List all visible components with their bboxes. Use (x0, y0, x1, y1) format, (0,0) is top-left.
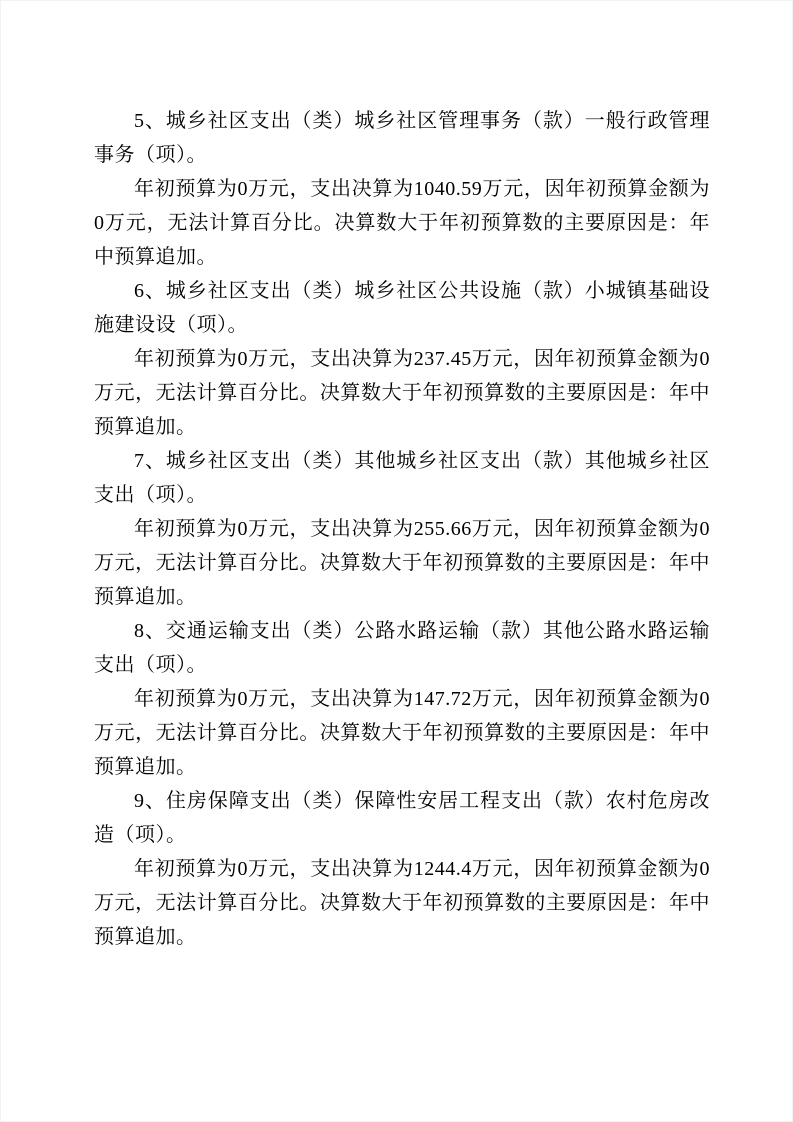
section-7-heading: 7、城乡社区支出（类）其他城乡社区支出（款）其他城乡社区支出（项）。 (94, 444, 710, 512)
document-page: 5、城乡社区支出（类）城乡社区管理事务（款）一般行政管理事务（项）。 年初预算为… (0, 0, 793, 1122)
section-9-heading: 9、住房保障支出（类）保障性安居工程支出（款）农村危房改造（项）。 (94, 784, 710, 852)
section-8-heading: 8、交通运输支出（类）公路水路运输（款）其他公路水路运输支出（项）。 (94, 614, 710, 682)
section-7-body: 年初预算为0万元，支出决算为255.66万元，因年初预算金额为0万元，无法计算百… (94, 512, 710, 614)
section-9-body: 年初预算为0万元，支出决算为1244.4万元，因年初预算金额为0万元，无法计算百… (94, 852, 710, 954)
section-5-body: 年初预算为0万元，支出决算为1040.59万元，因年初预算金额为0万元，无法计算… (94, 172, 710, 274)
document-text-block: 5、城乡社区支出（类）城乡社区管理事务（款）一般行政管理事务（项）。 年初预算为… (94, 104, 710, 954)
section-6-body: 年初预算为0万元，支出决算为237.45万元，因年初预算金额为0万元，无法计算百… (94, 342, 710, 444)
section-8-body: 年初预算为0万元，支出决算为147.72万元，因年初预算金额为0万元，无法计算百… (94, 682, 710, 784)
section-6-heading: 6、城乡社区支出（类）城乡社区公共设施（款）小城镇基础设施建设设（项）。 (94, 274, 710, 342)
section-5-heading: 5、城乡社区支出（类）城乡社区管理事务（款）一般行政管理事务（项）。 (94, 104, 710, 172)
